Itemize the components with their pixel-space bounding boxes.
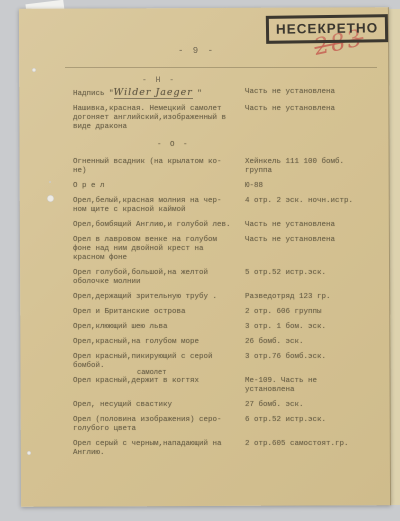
unit-identification: Часть не установлена bbox=[245, 105, 365, 132]
insignia-description: Огненный всадник (на крылатом ко-не) bbox=[73, 158, 233, 176]
unit-identification: 27 бомб. эск. bbox=[245, 401, 365, 410]
table-row: Орел серый с черным,нападающий на Англию… bbox=[73, 440, 385, 458]
insignia-description: Орел,клюющий шею льва bbox=[73, 323, 233, 332]
unit-identification: 26 бомб. эск. bbox=[245, 338, 365, 347]
table-row: Надпись "Wilder Jaeger " Часть не устано… bbox=[73, 88, 385, 99]
table-row: Орел (половина изображения) серо-голубог… bbox=[73, 416, 385, 434]
declassification-stamp: НЕСЕКРЕТНО bbox=[266, 14, 389, 44]
paper-hole bbox=[32, 68, 36, 72]
section-marker-o: - О - bbox=[157, 141, 385, 150]
document-body: Надпись "Wilder Jaeger " Часть не устано… bbox=[73, 88, 385, 464]
table-row: Орел, несущий свастику 27 бомб. эск. bbox=[73, 401, 385, 410]
inserted-word: самолет bbox=[137, 370, 166, 377]
table-row: Орел,красный,на голубом море 26 бомб. эс… bbox=[73, 338, 385, 347]
insignia-description: О р е л bbox=[73, 182, 233, 191]
table-row: Орел,белый,красная молния на чер-ном щит… bbox=[73, 197, 385, 215]
insignia-description: Орел голубой,большой,на желтой оболочке … bbox=[73, 269, 233, 287]
table-row: Орел,клюющий шею льва 3 отр. 1 бом. эск. bbox=[73, 323, 385, 332]
table-row: О р е л Ю-88 bbox=[73, 182, 385, 191]
unit-identification: Часть не установлена bbox=[245, 221, 365, 230]
unit-identification: Разведотряд 123 гр. bbox=[245, 293, 365, 302]
page-number: - 9 - bbox=[178, 46, 215, 56]
inscription-prefix: Надпись " bbox=[73, 90, 114, 98]
unit-identification: 3 отр.76 бомб.эск. bbox=[245, 353, 365, 371]
inscription-suffix: " bbox=[193, 90, 202, 98]
insignia-description: Орел,держащий зрительную трубу . bbox=[73, 293, 233, 302]
paper-hole bbox=[49, 181, 51, 183]
insignia-description-text: Орел красный,держит в когтях bbox=[73, 377, 199, 385]
header-rule bbox=[65, 67, 377, 68]
table-row: Орел в лавровом венке на голубом фоне на… bbox=[73, 236, 385, 263]
table-row: Орел,держащий зрительную трубу . Разведо… bbox=[73, 293, 385, 302]
unit-identification: Часть не установлена bbox=[245, 88, 365, 99]
section-marker-n: - Н - bbox=[142, 76, 176, 85]
insignia-description: Орел,бомбящий Англию,и голубой лев. bbox=[73, 221, 233, 230]
table-row: Огненный всадник (на крылатом ко-не) Хей… bbox=[73, 158, 385, 176]
table-row: Орел голубой,большой,на желтой оболочке … bbox=[73, 269, 385, 287]
unit-identification: 3 отр. 1 бом. эск. bbox=[245, 323, 365, 332]
table-row: Нашивка,красная. Немецкий самолет догоня… bbox=[73, 105, 385, 132]
paper-hole bbox=[27, 451, 31, 455]
table-row: Орел и Британские острова 2 отр. 606 гру… bbox=[73, 308, 385, 317]
insignia-description: Орел в лавровом венке на голубом фоне на… bbox=[73, 236, 233, 263]
insignia-description: Орел,белый,красная молния на чер-ном щит… bbox=[73, 197, 233, 215]
handwritten-inscription: Wilder Jaeger bbox=[114, 87, 193, 99]
unit-identification: 2 отр. 606 группы bbox=[245, 308, 365, 317]
insignia-description: Орел (половина изображения) серо-голубог… bbox=[73, 416, 233, 434]
table-row: Орел,бомбящий Англию,и голубой лев. Част… bbox=[73, 221, 385, 230]
insignia-description: Орел,красный,на голубом море bbox=[73, 338, 233, 347]
insignia-description: Надпись "Wilder Jaeger " bbox=[73, 88, 233, 99]
unit-identification: 4 отр. 2 эск. ночн.истр. bbox=[245, 197, 365, 215]
unit-identification: Ме-109. Часть не установлена bbox=[245, 377, 365, 395]
unit-identification: Часть не установлена bbox=[245, 236, 365, 263]
unit-identification: 2 отр.605 самостоят.гр. bbox=[245, 440, 365, 458]
unit-identification: Хейнкель 111 100 бомб. группа bbox=[245, 158, 365, 176]
insignia-description: самолет Орел красный,держит в когтях bbox=[73, 377, 233, 395]
unit-identification: 5 отр.52 истр.эск. bbox=[245, 269, 365, 287]
insignia-description: Орел серый с черным,нападающий на Англию… bbox=[73, 440, 233, 458]
table-row: самолет Орел красный,держит в когтях Ме-… bbox=[73, 377, 385, 395]
unit-identification: Ю-88 bbox=[245, 182, 365, 191]
insignia-description: Орел, несущий свастику bbox=[73, 401, 233, 410]
table-row: Орел красный,пикирующий с серой бомбой. … bbox=[73, 353, 385, 371]
unit-identification: 6 отр.52 истр.эск. bbox=[245, 416, 365, 434]
insignia-description: Орел и Британские острова bbox=[73, 308, 233, 317]
paper-hole bbox=[47, 195, 54, 202]
insignia-description: Нашивка,красная. Немецкий самолет догоня… bbox=[73, 105, 233, 132]
